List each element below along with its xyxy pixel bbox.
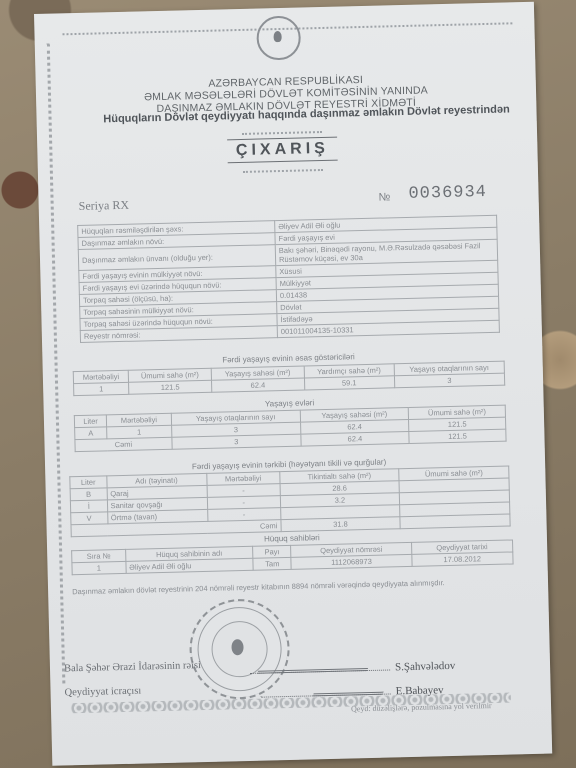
table-cell: A [75,427,107,440]
total-rooms: 3 [172,434,301,449]
table-cell: 59.1 [304,376,394,390]
table-cell: Tam [253,557,292,570]
table-cell: B [70,488,107,501]
signature-1-icon [257,654,373,674]
official-seal-icon [188,598,290,700]
table-cell: 121.5 [129,380,212,394]
column-header: Liter [70,476,107,489]
registration-note: Daşınmaz əmlakın dövlət reyestrinin 204 … [72,576,512,597]
living-houses-table: LiterMərtəbəliyiYaşayış otaqlarının sayı… [74,405,507,453]
ornament-bottom [243,169,323,179]
total-built-area: 31.8 [281,517,401,532]
table-cell: V [71,512,108,525]
state-emblem-icon [256,15,301,60]
document-title: ÇIXARIŞ [227,137,338,164]
signatory-name-1: S.Şahvələdov [395,660,455,673]
table-cell: 1 [72,561,126,574]
table-cell: 3 [394,373,505,388]
property-info-table: Hüquqları rəsmiləşdirilən şəxs:Əliyev Ad… [77,215,500,343]
decorative-border-left [47,43,74,683]
registry-extract-document: AZƏRBAYCAN RESPUBLİKASI ƏMLAK MƏSƏLƏLƏRİ… [34,2,552,766]
column-header: Liter [74,415,106,428]
total-living-area: 62.4 [301,431,410,446]
table-cell: 62.4 [211,378,304,392]
signatory-role-1: Bala Şəhər Ərazi İdarəsinin rəisi [64,660,201,674]
series-label: Seriya RX [79,198,130,214]
table-cell: 1 [74,382,129,395]
total-label: Cəmi [75,437,172,451]
column-header: Payı [253,545,292,558]
table-cell: 1112068973 [291,554,411,569]
table-cell [400,514,510,529]
number-label: № [378,191,390,203]
signatory-role-2: Qeydiyyat icraçısı [64,686,141,699]
table-cell: 17.08.2012 [411,552,513,566]
document-number: 0036934 [408,183,487,204]
signature-2-icon [313,678,389,697]
table-cell: Əliyev Adil Əli oğlu [126,558,254,573]
table-cell: İ [70,500,107,513]
outbuildings-table: LiterAdı (təyinatı)MərtəbəliyiTikintialt… [69,466,510,538]
total-area: 121.5 [409,429,506,443]
